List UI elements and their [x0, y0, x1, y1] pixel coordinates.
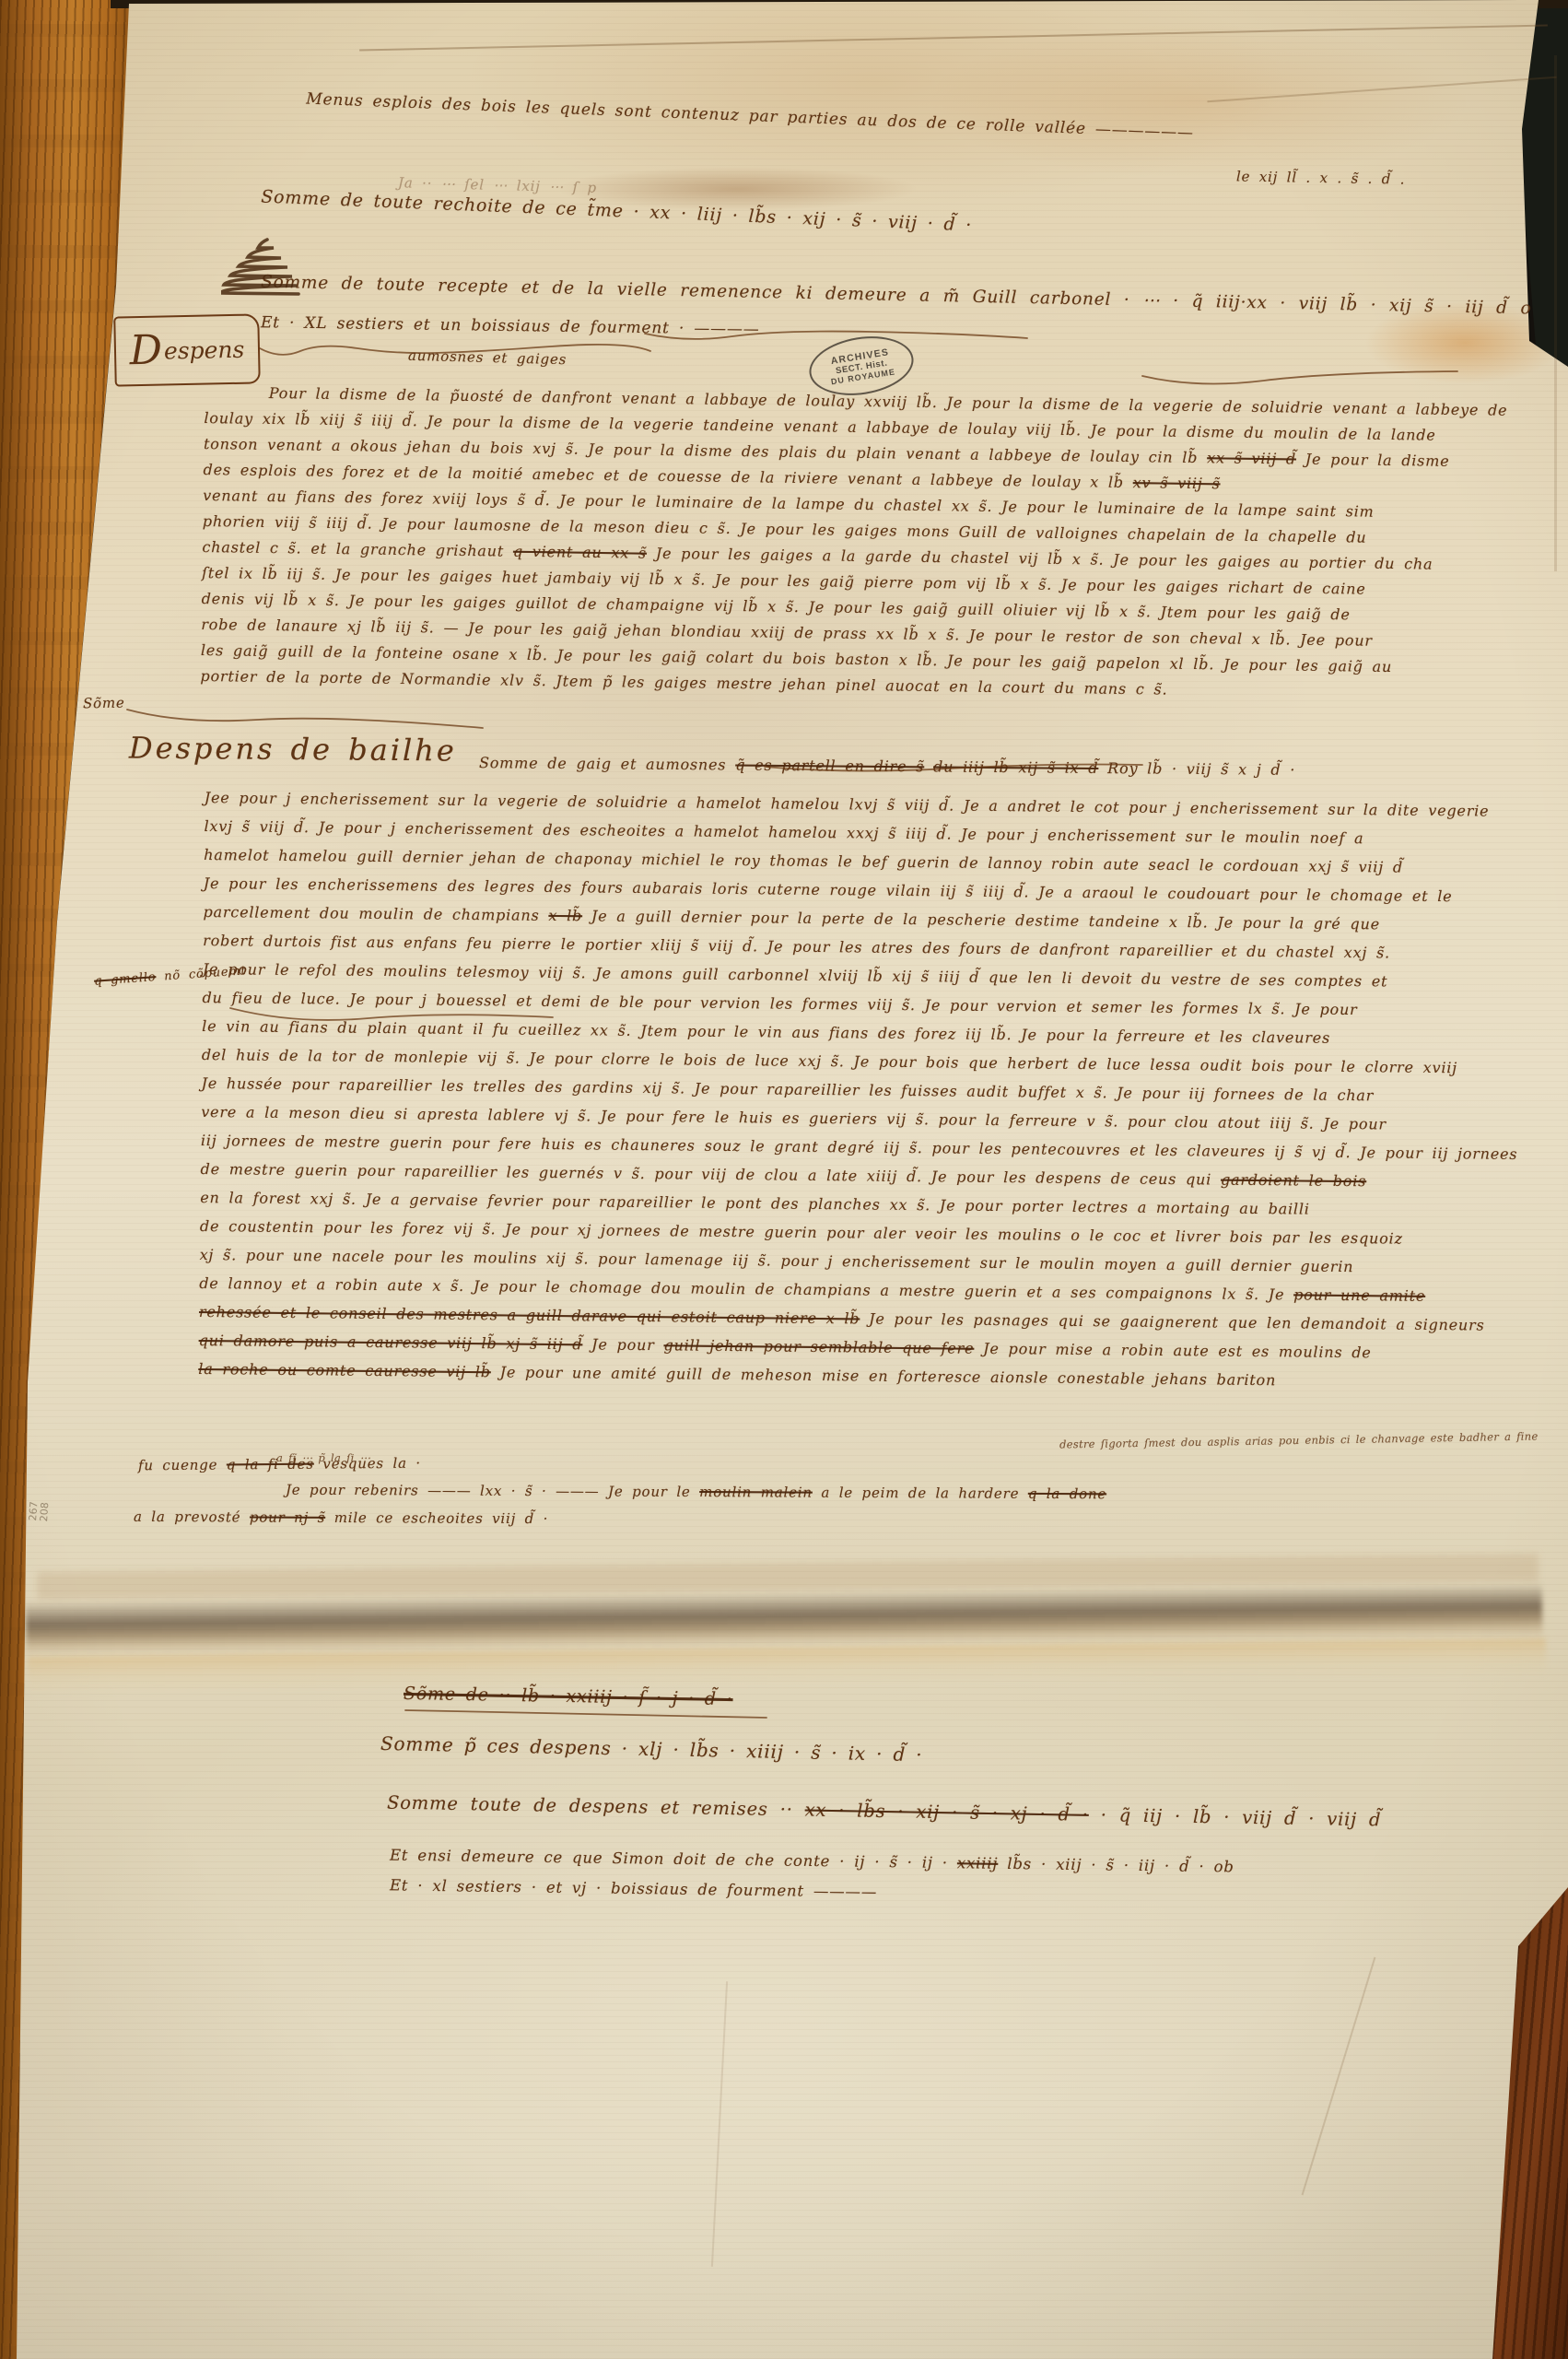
- pen-flourishes: [0, 0, 1568, 2359]
- manuscript-photo: Menus esplois des bois les quels sont co…: [0, 0, 1568, 2359]
